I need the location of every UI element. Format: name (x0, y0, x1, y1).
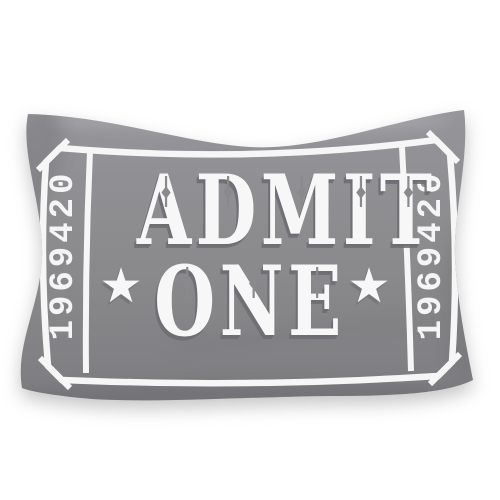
product-photo: 1969420 1969420 ADMIT ONE ★ ★ (0, 0, 500, 500)
serial-number-left: 1969420 (44, 160, 84, 350)
star-right-icon: ★ (345, 262, 393, 310)
star-left-icon: ★ (97, 262, 145, 310)
one-text: ONE (137, 254, 363, 350)
